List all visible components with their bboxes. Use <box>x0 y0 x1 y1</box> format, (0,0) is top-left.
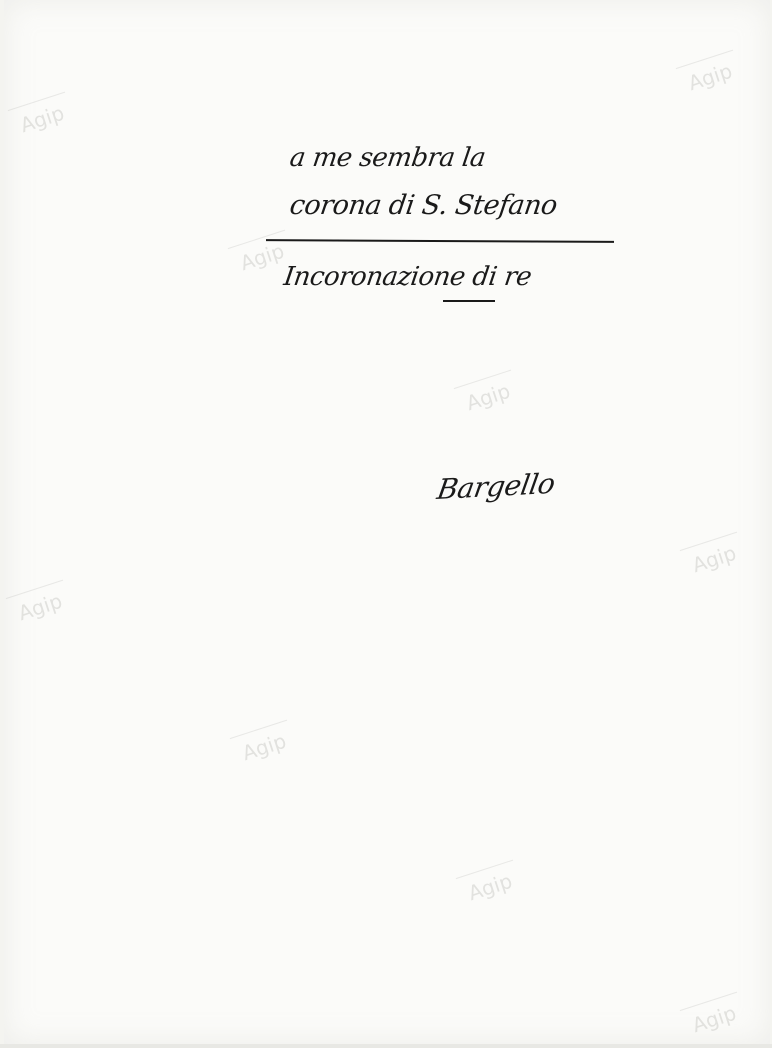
underline-mark <box>443 300 495 302</box>
signature: Bargello <box>435 467 557 506</box>
handwritten-line-2: corona di S. Stefano <box>288 190 559 221</box>
paper-edge <box>0 1044 772 1048</box>
handwritten-line-3: Incoronazione di re <box>282 262 533 292</box>
handwritten-line-1: a me sembra la <box>288 143 487 173</box>
